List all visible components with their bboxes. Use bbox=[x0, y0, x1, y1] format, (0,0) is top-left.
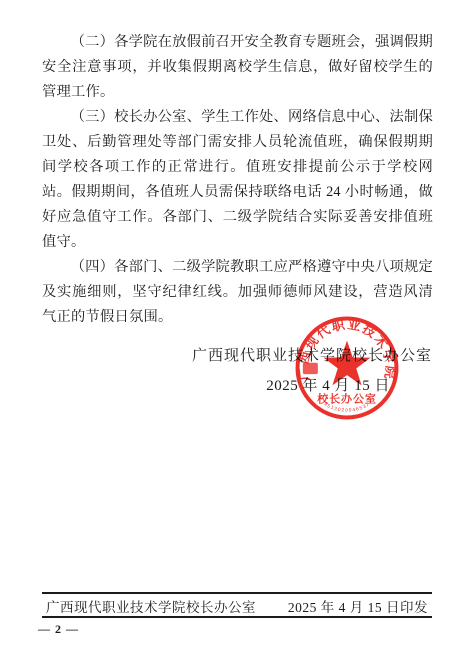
paragraph-item-2: （二）各学院在放假前召开安全教育专题班会，强调假期安全注意事项，并收集假期离校学… bbox=[42, 30, 433, 105]
signature-date: 2025 年 4 月 15 日 bbox=[42, 374, 432, 395]
seal-serial-number: 4512020046537 bbox=[323, 402, 372, 414]
signature-block: 广西现代职业技术学院校长办公室 2025 年 4 月 15 日 bbox=[42, 344, 432, 395]
paragraph-item-3: （三）校长办公室、学生工作处、网络信息中心、法制保卫处、后勤管理处等部门需安排人… bbox=[42, 105, 433, 255]
document-body: （二）各学院在放假前召开安全教育专题班会，强调假期安全注意事项，并收集假期离校学… bbox=[42, 30, 433, 330]
footer-issuer: 广西现代职业技术学院校长办公室 bbox=[46, 596, 256, 616]
footer-print-date: 2025 年 4 月 15 日印发 bbox=[288, 596, 428, 616]
paragraph-item-4: （四）各部门、二级学院教职工应严格遵守中央八项规定及实施细则，坚守纪律红线。加强… bbox=[42, 255, 433, 330]
document-page: （二）各学院在放假前召开安全教育专题班会，强调假期安全注意事项，并收集假期离校学… bbox=[0, 0, 472, 662]
footer: 广西现代职业技术学院校长办公室 2025 年 4 月 15 日印发 bbox=[46, 596, 428, 616]
page-number: — 2 — bbox=[38, 622, 79, 637]
svg-text:4512020046537: 4512020046537 bbox=[323, 402, 372, 414]
signature-organization: 广西现代职业技术学院校长办公室 bbox=[42, 344, 432, 365]
footer-rule-top bbox=[42, 592, 432, 594]
footer-rule-bottom bbox=[42, 616, 432, 618]
